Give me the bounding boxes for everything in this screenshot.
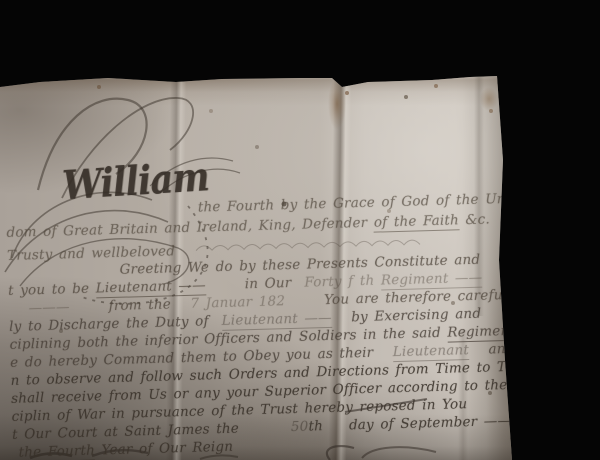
- ink-specks: [0, 0, 2, 2]
- text-segment: and: [469, 341, 515, 358]
- text-segment: t you to be: [8, 280, 96, 298]
- document-text-layer: William the Fourth by the Grace of God o…: [0, 0, 600, 460]
- text-segment: ———: [28, 299, 70, 316]
- text-segment: 7 Januar 182: [190, 293, 285, 312]
- text-segment: of the Faith: [374, 212, 460, 232]
- text-segment: th day of September ——: [308, 413, 511, 435]
- text-segment: Fourth: [48, 443, 96, 460]
- engrossed-royal-name: William: [61, 157, 210, 206]
- text-segment: Forty f th: [304, 272, 381, 290]
- photo-frame: William the Fourth by the Grace of God o…: [0, 0, 600, 460]
- text-segment: Regiment ——: [447, 322, 549, 343]
- text-segment: the: [18, 444, 48, 460]
- text-segment: Lieutenant: [393, 342, 470, 362]
- text-segment: in Our: [206, 275, 305, 294]
- illegible-handwriting-scribble: [194, 234, 424, 254]
- text-segment: from the: [69, 296, 190, 315]
- document-line-14: the Fourth Year of Our Reign: [18, 440, 233, 460]
- text-segment: 50: [291, 419, 309, 435]
- text-segment: Year of Our Reign: [95, 439, 234, 459]
- parchment-document: William the Fourth by the Grace of God o…: [0, 0, 600, 460]
- text-segment: by Exercising and: [332, 306, 482, 326]
- text-segment: &c.: [459, 211, 490, 228]
